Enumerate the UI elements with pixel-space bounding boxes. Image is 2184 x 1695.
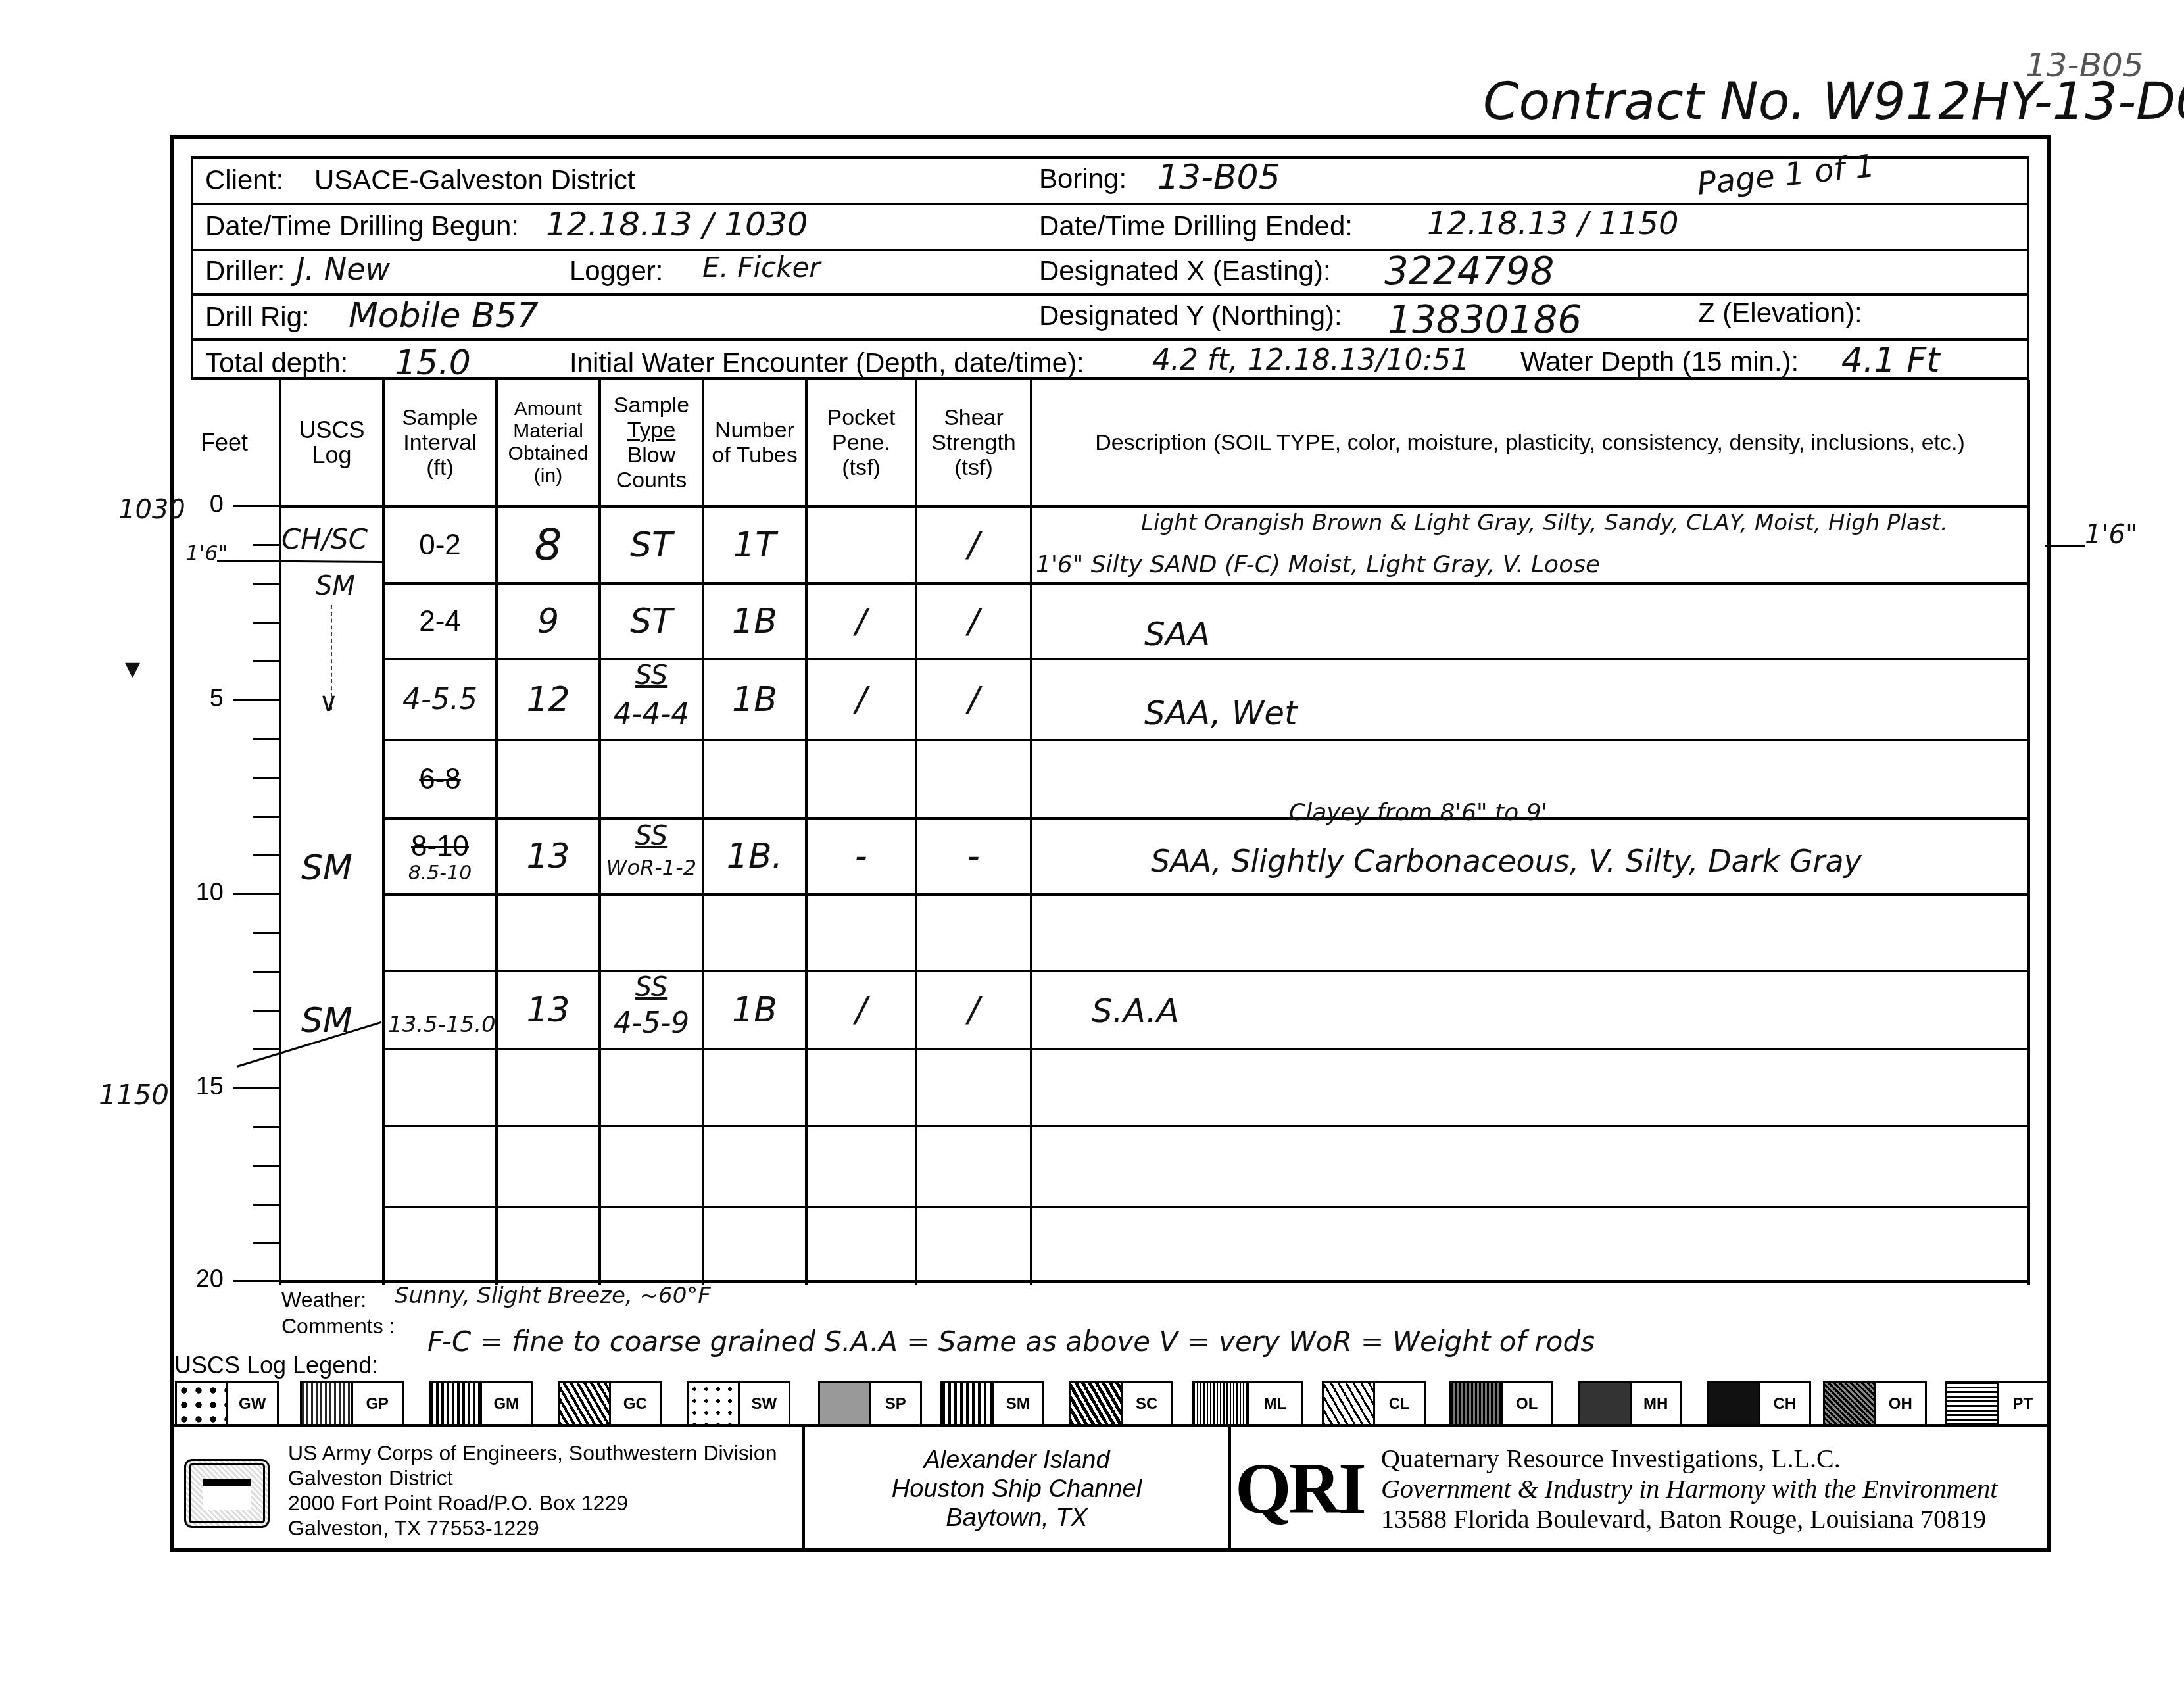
easting-value: 3224798: [1384, 249, 1554, 293]
row5-type: SS: [601, 821, 702, 851]
col-amount-material: AmountMaterialObtained(in): [498, 380, 598, 505]
northing-value: 13830186: [1388, 297, 1582, 342]
row5-interval-struck: 8-10: [385, 830, 495, 863]
row5-description: SAA, Slightly Carbonaceous, V. Silty, Da…: [1151, 843, 1862, 879]
end-time-margin: 1150: [99, 1079, 169, 1111]
row2-shear: /: [917, 585, 1030, 658]
row3-type: SS: [601, 660, 702, 691]
row7-blows: 4-5-9: [601, 1006, 702, 1040]
row3-interval: 4-5.5: [385, 660, 495, 739]
row2-tubes: 1B: [704, 585, 805, 658]
col-shear-strength: ShearStrength(tsf): [917, 380, 1030, 505]
boring-label: Boring:: [1039, 163, 1127, 195]
water-depth-value: 4.1 Ft: [1841, 341, 1940, 380]
water-depth-label: Water Depth (15 min.):: [1520, 346, 1799, 378]
arrow-down-icon: ∨: [319, 687, 338, 718]
row7-pocket: /: [808, 972, 915, 1048]
legend-cl: CL: [1322, 1381, 1426, 1427]
row1-description: Light Orangish Brown & Light Gray, Silty…: [1141, 510, 1948, 536]
client-value: USACE-Galveston District: [314, 164, 635, 196]
row5-blows: WoR-1-2: [601, 855, 702, 880]
legend-ol: OL: [1449, 1381, 1553, 1427]
row3-pocket: /: [808, 660, 915, 739]
row5-pocket: -: [808, 820, 915, 893]
weather-value: Sunny, Slight Breeze, ~60°F: [395, 1283, 711, 1309]
row1-amount: 8: [498, 508, 598, 582]
legend-sc: SC: [1069, 1381, 1173, 1427]
depth-20: 20: [184, 1265, 224, 1294]
row7-amount: 13: [498, 972, 598, 1048]
driller-value: J. New: [296, 251, 390, 287]
legend-gc: GC: [558, 1381, 662, 1427]
uscs-sm-3: SM: [301, 1001, 352, 1041]
rig-value: Mobile B57: [349, 296, 539, 335]
water-encounter-value: 4.2 ft, 12.18.13/10:51: [1152, 343, 1469, 377]
row5-amount: 13: [498, 820, 598, 893]
row3-tubes: 1B: [704, 660, 805, 739]
ended-value: 12.18.13 / 1150: [1427, 205, 1679, 242]
ended-label: Date/Time Drilling Ended:: [1039, 210, 1353, 242]
legend-ch: CH: [1707, 1381, 1811, 1427]
qri-logo: QRI: [1235, 1447, 1364, 1531]
total-depth-value: 15.0: [395, 343, 471, 383]
usace-castle-logo: [184, 1459, 270, 1528]
col-feet: Feet: [170, 380, 279, 505]
col-number-of-tubes: Numberof Tubes: [704, 380, 805, 505]
depth-5: 5: [184, 685, 224, 713]
depth-10: 10: [184, 879, 224, 907]
row4-interval: 6-8: [385, 741, 495, 817]
depth-mark-right: 1'6": [2085, 520, 2137, 550]
legend-ml: ML: [1192, 1381, 1303, 1427]
row3-amount: 12: [498, 660, 598, 739]
begun-label: Date/Time Drilling Begun:: [205, 210, 519, 242]
row2-amount: 9: [498, 585, 598, 658]
legend-mh: MH: [1578, 1381, 1682, 1427]
legend-pt: PT: [1945, 1381, 2049, 1427]
row5-interval: 8.5-10: [385, 862, 495, 885]
client-label: Client:: [205, 164, 283, 196]
row2-description: SAA: [1144, 615, 1210, 653]
logger-value: E. Ficker: [702, 251, 821, 283]
begun-value: 12.18.13 / 1030: [546, 205, 808, 243]
legend-gm: GM: [429, 1381, 533, 1427]
driller-label: Driller:: [205, 255, 285, 287]
depth-0: 0: [184, 491, 224, 519]
uscs-ch-sc: CH/SC: [281, 523, 368, 555]
row3-description: SAA, Wet: [1144, 694, 1298, 732]
water-level-symbol: ▼: [125, 658, 140, 681]
row2-pocket: /: [808, 585, 915, 658]
easting-label: Designated X (Easting):: [1039, 255, 1331, 287]
legend-gw: GW: [175, 1381, 279, 1427]
legend-sp: SP: [818, 1381, 922, 1427]
legend-gp: GP: [300, 1381, 404, 1427]
row2-type: ST: [601, 585, 702, 658]
northing-label: Designated Y (Northing):: [1039, 300, 1342, 332]
row7-tubes: 1B: [704, 972, 805, 1048]
corner-boring-id: 13-B05: [2026, 46, 2144, 84]
col-pocket-pene: PocketPene.(tsf): [808, 380, 915, 505]
row1-description-2: 1'6" Silty SAND (F-C) Moist, Light Gray,…: [1036, 551, 1600, 578]
row1-interval: 0-2: [385, 508, 495, 582]
row7-type: SS: [601, 972, 702, 1002]
comments-value: F-C = fine to coarse grained S.A.A = Sam…: [427, 1325, 1595, 1358]
row7-shear: /: [917, 972, 1030, 1048]
col-description: Description (SOIL TYPE, color, moisture,…: [1032, 380, 2027, 505]
legend-sw: SW: [687, 1381, 790, 1427]
depth-mark-left: 1'6": [185, 541, 228, 566]
project-location: Alexander Island Houston Ship Channel Ba…: [805, 1446, 1228, 1533]
col-uscs-log: USCSLog: [281, 380, 382, 505]
row1-type: ST: [601, 508, 702, 582]
qri-address: Quaternary Resource Investigations, L.L.…: [1381, 1444, 1997, 1535]
weather-label: Weather:: [281, 1288, 366, 1312]
col-sample-type: SampleTypeBlowCounts: [601, 380, 702, 505]
comments-label: Comments :: [281, 1314, 395, 1339]
col-sample-interval: SampleInterval(ft): [385, 380, 495, 505]
depth-15: 15: [184, 1073, 224, 1101]
legend-sm: SM: [940, 1381, 1044, 1427]
uscs-sm-1: SM: [316, 571, 355, 601]
rig-label: Drill Rig:: [205, 301, 310, 333]
row1-shear: /: [917, 508, 1030, 582]
row1-tubes: 1T: [704, 508, 805, 582]
logger-label: Logger:: [570, 255, 663, 287]
row7-description: S.A.A: [1092, 992, 1179, 1030]
water-encounter-label: Initial Water Encounter (Depth, date/tim…: [570, 347, 1084, 379]
boring-value: 13-B05: [1157, 158, 1280, 197]
row5-note: Clayey from 8'6" to 9': [1289, 799, 1548, 826]
elevation-label: Z (Elevation):: [1698, 297, 1862, 329]
row5-tubes: 1B.: [704, 820, 805, 893]
uscs-sm-2: SM: [301, 848, 352, 888]
legend-title: USCS Log Legend:: [174, 1352, 378, 1379]
row3-shear: /: [917, 660, 1030, 739]
row2-interval: 2-4: [385, 585, 495, 658]
row5-shear: -: [917, 820, 1030, 893]
row3-blows: 4-4-4: [601, 697, 702, 731]
total-depth-label: Total depth:: [205, 347, 348, 379]
usace-address: US Army Corps of Engineers, Southwestern…: [288, 1440, 777, 1540]
start-time-margin: 1030: [118, 495, 185, 525]
legend-oh: OH: [1823, 1381, 1927, 1427]
row7-interval: 13.5-15.0: [388, 1012, 496, 1038]
